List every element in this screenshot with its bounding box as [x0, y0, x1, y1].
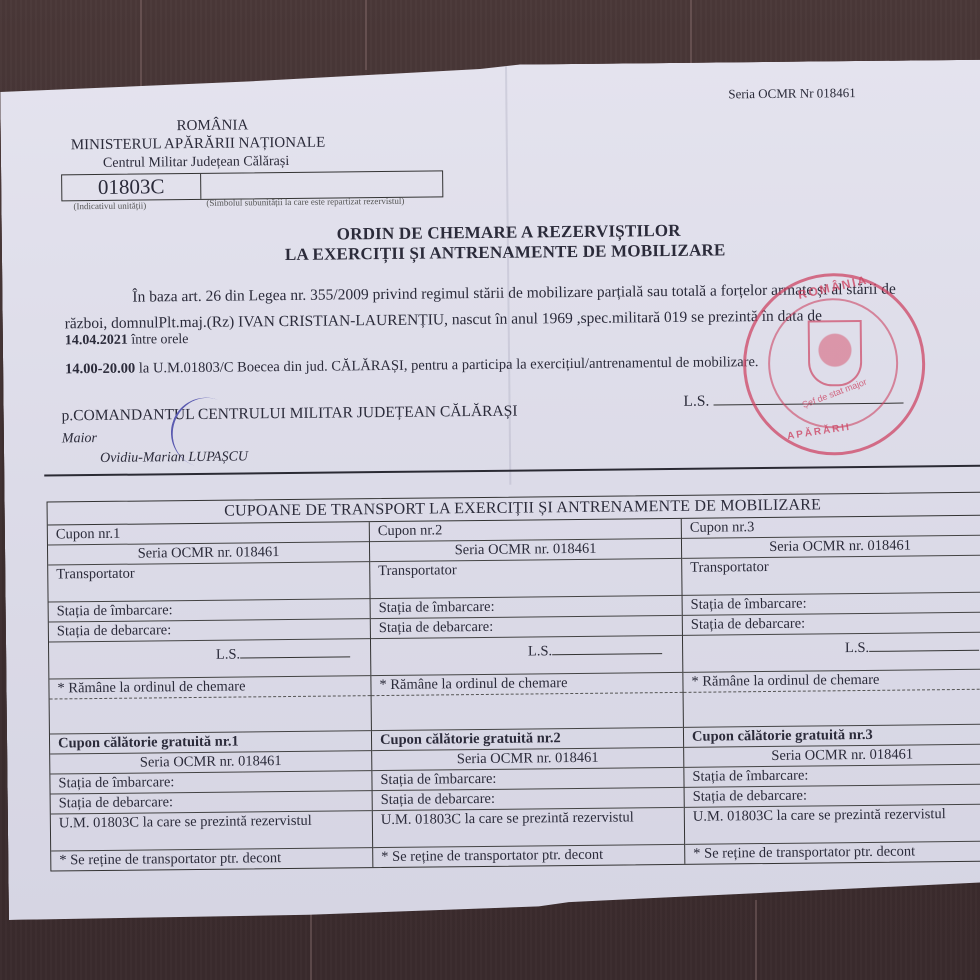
table-plank-seam — [140, 0, 142, 90]
free-travel-coupon-1: Cupon călătorie gratuită nr.1 Seria OCMR… — [50, 731, 373, 870]
section-divider — [44, 465, 980, 477]
table-plank-seam — [755, 900, 757, 980]
paper-fold — [505, 65, 511, 485]
subunit-caption: (Simbolul subunității la care este repar… — [206, 196, 404, 208]
commander-rank: Maior — [62, 431, 97, 447]
commander-title: p.COMANDANTUL CENTRULUI MILITAR JUDEȚEAN… — [62, 403, 518, 426]
commander-name: Ovidiu-Marian LUPAȘCU — [100, 449, 248, 467]
body-line-3: 14.04.2021 între orele — [65, 332, 189, 349]
header-center: Centrul Militar Județean Călărași — [103, 154, 289, 172]
table-plank-seam — [310, 910, 312, 980]
free-travel-coupons-grid: Cupon călătorie gratuită nr.1 Seria OCMR… — [50, 725, 980, 871]
unit-code: 01803C — [62, 174, 201, 200]
unit-code-caption: (Indicativul unității) — [73, 200, 146, 211]
table-plank-seam — [365, 0, 367, 70]
carrier-field[interactable]: Transportator — [48, 562, 369, 602]
call-up-order-document: Seria OCMR Nr 018461 ROMÂNIA MINISTERUL … — [0, 60, 980, 920]
coat-of-arms-icon — [808, 320, 863, 387]
header-ministry: MINISTERUL APĂRĂRII NAȚIONALE — [71, 135, 326, 155]
header-country: ROMÂNIA — [177, 117, 249, 135]
free-travel-coupon-2: Cupon călătorie gratuită nr.2 Seria OCMR… — [372, 728, 685, 867]
transport-coupons-grid: Cupon nr.1 Seria OCMR nr. 018461 Transpo… — [48, 516, 980, 735]
free-travel-coupon-3: Cupon călătorie gratuită nr.3 Seria OCMR… — [684, 725, 980, 864]
official-seal-stamp: ROMÂNIA APĂRĂRII Șef de stat major — [742, 272, 926, 456]
transport-coupon-3: Cupon nr.3 Seria OCMR nr. 018461 Transpo… — [682, 516, 980, 728]
transport-coupon-2: Cupon nr.2 Seria OCMR nr. 018461 Transpo… — [370, 519, 684, 731]
coupons-table: CUPOANE DE TRANSPORT LA EXERCIȚII ȘI ANT… — [47, 492, 980, 872]
transport-coupon-1: Cupon nr.1 Seria OCMR nr. 018461 Transpo… — [48, 522, 372, 734]
report-date: 14.04.2021 — [65, 333, 128, 349]
subunit-symbol-field — [201, 171, 442, 199]
document-title-line2: LA EXERCIȚII ȘI ANTRENAMENTE DE MOBILIZA… — [285, 240, 726, 265]
carrier-field[interactable]: Transportator — [682, 556, 980, 596]
report-hours: 14.00-20.00 — [65, 361, 135, 378]
document-serial: Seria OCMR Nr 018461 — [728, 85, 856, 102]
carrier-field[interactable]: Transportator — [370, 559, 681, 599]
table-plank-seam — [690, 0, 692, 70]
body-line-4: 14.00-20.00 la U.M.01803/C Boecea din ju… — [65, 354, 759, 378]
body-line-2: război, domnulPlt.maj.(Rz) IVAN CRISTIAN… — [65, 307, 822, 333]
